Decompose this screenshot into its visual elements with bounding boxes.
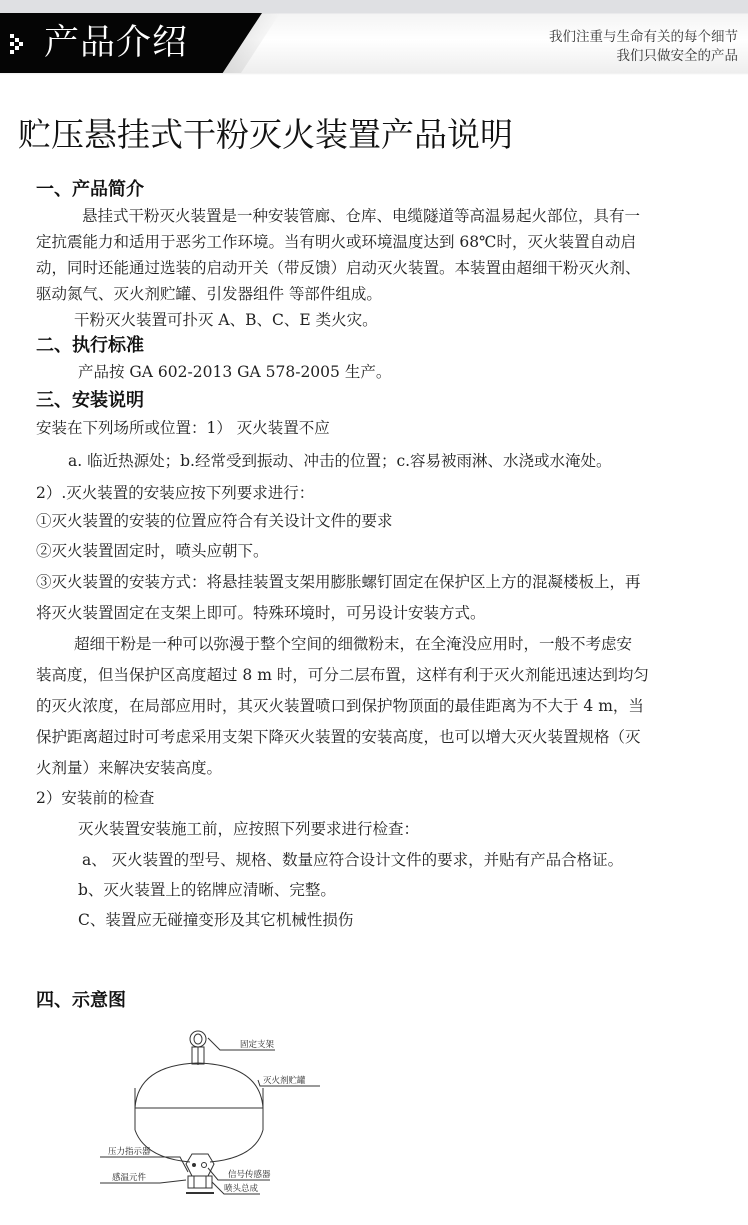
section-heading-intro: 一、产品简介 — [36, 178, 144, 202]
slogan-line-2: 我们只做安全的产品 — [549, 47, 738, 66]
section-heading-standards: 二、执行标准 — [36, 334, 144, 358]
paragraph-line: ②灭火装置固定时，喷头应朝下。 — [36, 540, 269, 562]
paragraph-line: 的灭火浓度，在局部应用时，其灭火装置喷口到保护物顶面的最佳距离为不大于 4 m，… — [36, 695, 644, 717]
section-heading-installation: 三、安装说明 — [36, 389, 144, 413]
device-schematic: 固定支架 灭火剂贮罐 压力指示器 信号传感器 感温元件 喷头总成 — [100, 1030, 320, 1200]
slogan-line-1: 我们注重与生命有关的每个细节 — [549, 28, 738, 47]
paragraph-line: C、装置应无碰撞变形及其它机械性损伤 — [78, 909, 353, 931]
paragraph-line: b、灭火装置上的铭牌应清晰、完整。 — [78, 879, 336, 901]
paragraph-line: 定抗震能力和适用于恶劣工作环境。当有明火或环境温度达到 68℃时，灭火装置自动启 — [36, 231, 636, 253]
paragraph-line: 动，同时还能通过选装的启动开关（带反馈）启动灭火装置。本装置由超细干粉灭火剂、 — [36, 257, 641, 279]
section-heading-diagram: 四、示意图 — [36, 989, 126, 1013]
paragraph-line: 将灭火装置固定在支架上即可。特殊环境时，可另设计安装方式。 — [36, 602, 486, 624]
paragraph-line: 2）.灭火装置的安装应按下列要求进行： — [36, 482, 314, 504]
label-tank: 灭火剂贮罐 — [263, 1074, 306, 1086]
paragraph-line: 装高度，但当保护区高度超过 8 m 时，可分二层布置，这样有利于灭火剂能迅速达到… — [36, 664, 649, 686]
label-pressure-gauge: 压力指示器 — [108, 1145, 151, 1157]
header-banner: 产品介绍 我们注重与生命有关的每个细节 我们只做安全的产品 — [0, 0, 748, 75]
document-title: 贮压悬挂式干粉灭火装置产品说明 — [18, 112, 513, 158]
paragraph-line: a. 临近热源处；b.经常受到振动、冲击的位置；c.容易被雨淋、水浇或水淹处。 — [68, 450, 612, 472]
paragraph-line: 火剂量）来解决安装高度。 — [36, 757, 222, 779]
label-signal-sensor: 信号传感器 — [228, 1168, 271, 1180]
paragraph-line: 保护距离超过时可考虑采用支架下降灭火装置的安装高度，也可以增大灭火装置规格（灭 — [36, 726, 641, 748]
chevron-right-icon — [10, 34, 28, 54]
paragraph-line: 干粉灭火装置可扑灭 A、B、C、E 类火灾。 — [74, 309, 378, 331]
paragraph-line: 灭火装置安装施工前，应按照下列要求进行检查： — [78, 818, 419, 840]
paragraph-line: ③灭火装置的安装方式：将悬挂装置支架用膨胀螺钉固定在保护区上方的混凝楼板上，再 — [36, 571, 641, 593]
paragraph-line: ①灭火装置的安装的位置应符合有关设计文件的要求 — [36, 510, 393, 532]
paragraph-line: a、 灭火装置的型号、规格、数量应符合设计文件的要求，并贴有产品合格证。 — [82, 849, 623, 871]
paragraph-line: 2）安装前的检查 — [36, 787, 154, 809]
paragraph-line: 产品按 GA 602-2013 GA 578-2005 生产。 — [78, 361, 391, 383]
label-bracket: 固定支架 — [240, 1038, 274, 1050]
paragraph-line: 驱动氮气、灭火剂贮罐、引发器组件 等部件组成。 — [36, 283, 382, 305]
banner-slogan: 我们注重与生命有关的每个细节 我们只做安全的产品 — [549, 28, 738, 66]
paragraph-line: 安装在下列场所或位置：1） 灭火装置不应 — [36, 417, 330, 439]
label-nozzle: 喷头总成 — [224, 1182, 258, 1194]
banner-title: 产品介绍 — [44, 20, 188, 66]
label-thermal-element: 感温元件 — [112, 1171, 146, 1183]
paragraph-line: 超细干粉是一种可以弥漫于整个空间的细微粉末，在全淹没应用时，一般不考虑安 — [74, 633, 632, 655]
paragraph-line: 悬挂式干粉灭火装置是一种安装管廊、仓库、电缆隧道等高温易起火部位，具有一 — [82, 205, 640, 227]
